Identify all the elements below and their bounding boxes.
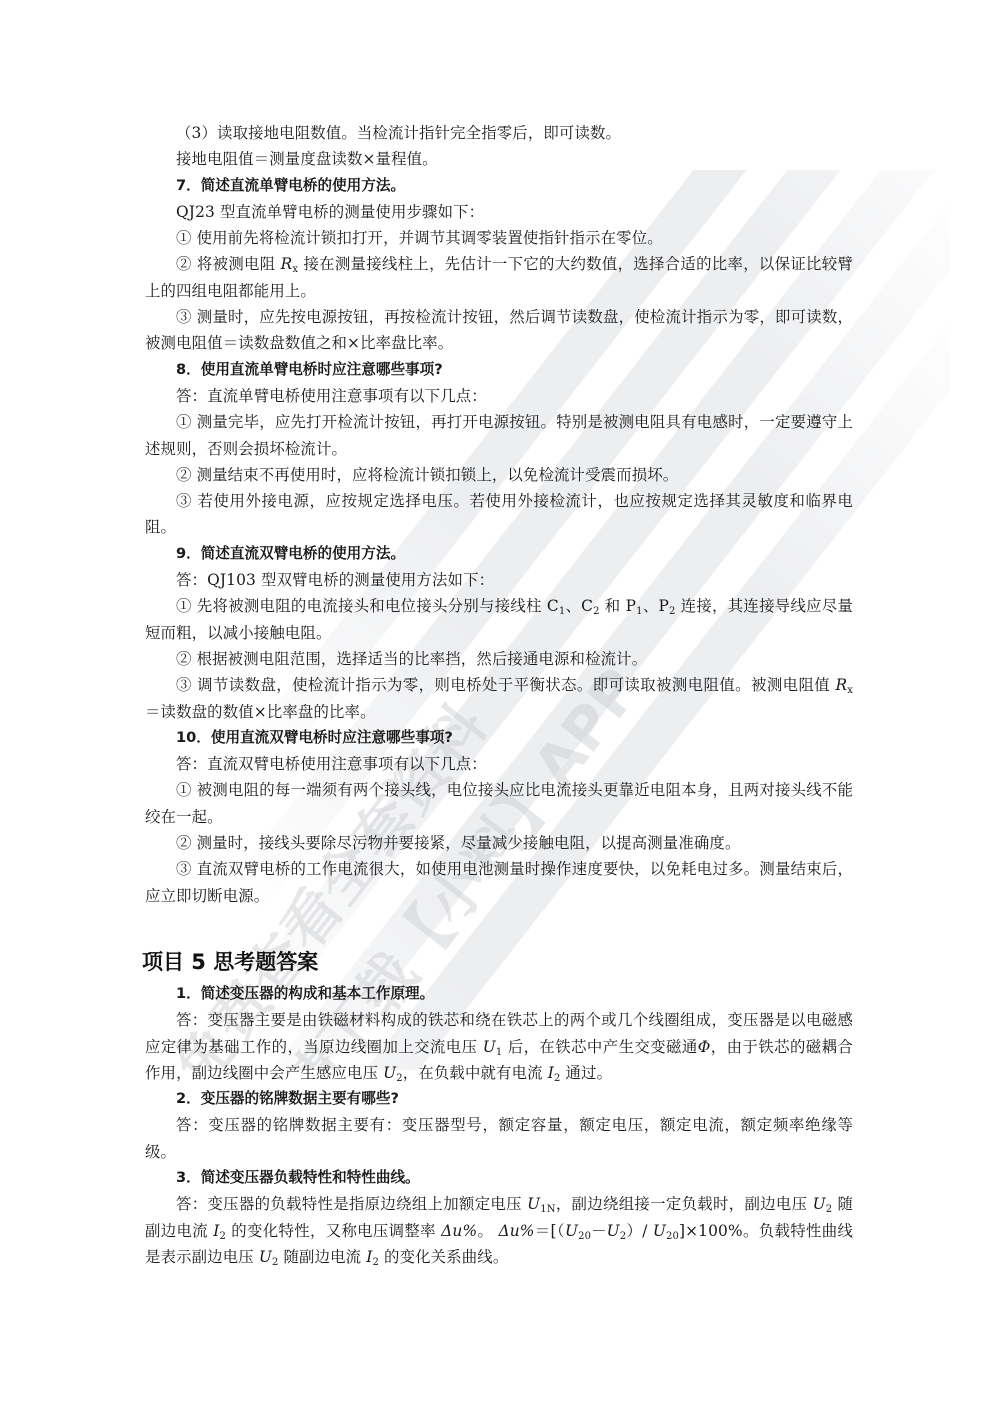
q10-intro: 答：直流双臂电桥使用注意事项有以下几点： <box>145 751 853 777</box>
q9-item-3-b: ＝读数盘的数值×比率盘的比率。 <box>145 703 376 721</box>
subscript: 1N <box>540 1204 555 1215</box>
question-10-title: 10．使用直流双臂电桥时应注意哪些事项? <box>145 725 853 751</box>
text: ]×100%。 <box>679 1222 759 1240</box>
s5-q1-answer: 答：变压器主要是由铁磁材料构成的铁芯和绕在铁芯上的两个或几个线圈组成，变压器是以… <box>145 1007 853 1086</box>
text: 的变化关系曲线。 <box>379 1248 508 1266</box>
question-7-title: 7．简述直流单臂电桥的使用方法。 <box>145 173 853 199</box>
q9-item-1-c: 和 P <box>600 597 637 615</box>
text: 通过。 <box>560 1064 612 1082</box>
var-u: U <box>607 1222 620 1240</box>
text: 答：变压器的负载特性是指原边绕组上加额定电压 <box>176 1195 527 1213</box>
document-page: （3）读取接地电阻数值。当检流计指针完全指零后，即可读数。 接地电阻值＝测量度盘… <box>145 120 853 1270</box>
var-u: U <box>565 1222 578 1240</box>
text: － <box>591 1222 607 1240</box>
q7-item-3: ③ 测量时，应先按电源按钮，再按检流计按钮，然后调节读数盘，使检流计指示为零，即… <box>145 304 853 357</box>
delta-u: Δu% <box>498 1222 534 1240</box>
q7-item-2: ② 将被测电阻 Rx 接在测量接线柱上，先估计一下它的大约数值，选择合适的比率，… <box>145 251 853 304</box>
text: 随副边电流 <box>278 1248 366 1266</box>
s5-q3-answer: 答：变压器的负载特性是指原边绕组上加额定电压 U1N，副边绕组接一定负载时，副边… <box>145 1191 853 1270</box>
delta-u: Δu% <box>441 1222 477 1240</box>
subscript-x: x <box>847 685 853 696</box>
q8-item-1: ① 测量完毕，应先打开检流计按钮，再打开电源按钮。特别是被测电阻具有电感时，一定… <box>145 409 853 462</box>
q7-intro: QJ23 型直流单臂电桥的测量使用步骤如下： <box>145 199 853 225</box>
subscript: 20 <box>666 1231 679 1242</box>
question-9-title: 9．简述直流双臂电桥的使用方法。 <box>145 541 853 567</box>
q8-item-3: ③ 若使用外接电源，应按规定选择电压。若使用外接检流计，也应按规定选择其灵敏度和… <box>145 488 853 541</box>
section-5-title: 项目 5 思考题答案 <box>142 947 853 977</box>
q9-item-1-a: ① 先将被测电阻的电流接头和电位接头分别与接线柱 C <box>176 597 559 615</box>
text: ，在负载中就有电流 <box>403 1064 548 1082</box>
q9-intro: 答：QJ103 型双臂电桥的测量使用方法如下： <box>145 567 853 593</box>
q8-item-2: ② 测量结束不再使用时，应将检流计锁扣锁上，以免检流计受震而损坏。 <box>145 462 853 488</box>
step-3-text: （3）读取接地电阻数值。当检流计指针完全指零后，即可读数。 <box>145 120 853 146</box>
text: ，副边绕组接一定负载时，副边电压 <box>556 1195 813 1213</box>
s5-q2-answer: 答：变压器的铭牌数据主要有：变压器型号，额定容量，额定电压，额定电流，额定频率绝… <box>145 1112 853 1165</box>
var-u: U <box>527 1195 540 1213</box>
subscript: 20 <box>578 1231 591 1242</box>
q9-item-3: ③ 调节读数盘，使检流计指示为零，则电桥处于平衡状态。即可读取被测电阻值。被测电… <box>145 672 853 725</box>
subscript-x: x <box>292 264 298 275</box>
q9-item-1-b: 、C <box>565 597 593 615</box>
q7-item-1: ① 使用前先将检流计锁扣打开，并调节其调零装置使指针指示在零位。 <box>145 225 853 251</box>
text: ＝[（ <box>535 1222 565 1240</box>
question-8-title: 8．使用直流单臂电桥时应注意哪些事项? <box>145 357 853 383</box>
var-u: U <box>813 1195 826 1213</box>
formula-text: 接地电阻值＝测量度盘读数×量程值。 <box>145 146 853 172</box>
var-u: U <box>383 1064 396 1082</box>
text: ）/ <box>626 1222 653 1240</box>
var-r: R <box>835 676 847 694</box>
q10-item-3: ③ 直流双臂电桥的工作电流很大，如使用电池测量时操作速度要快，以免耗电过多。测量… <box>145 856 853 909</box>
q8-intro: 答：直流单臂电桥使用注意事项有以下几点： <box>145 383 853 409</box>
text: 后，在铁芯中产生交变磁通 <box>502 1038 697 1056</box>
s5-question-1-title: 1．简述变压器的构成和基本工作原理。 <box>145 981 853 1007</box>
q9-item-2: ② 根据被测电阻范围，选择适当的比率挡，然后接通电源和检流计。 <box>145 646 853 672</box>
s5-question-2-title: 2．变压器的铭牌数据主要有哪些? <box>145 1086 853 1112</box>
text: 。 <box>477 1222 498 1240</box>
var-u: U <box>483 1038 496 1056</box>
var-r: R <box>281 255 293 273</box>
q7-item-2-lead: ② 将被测电阻 <box>176 255 275 273</box>
var-u: U <box>653 1222 666 1240</box>
var-u: U <box>259 1248 272 1266</box>
q9-item-1-d: 、P <box>643 597 669 615</box>
q9-item-1: ① 先将被测电阻的电流接头和电位接头分别与接线柱 C1、C2 和 P1、P2 连… <box>145 593 853 646</box>
text: 的变化特性，又称电压调整率 <box>226 1222 441 1240</box>
q10-item-1: ① 被测电阻的每一端须有两个接头线，电位接头应比电流接头更靠近电阻本身，且两对接… <box>145 777 853 830</box>
s5-question-3-title: 3．简述变压器负载特性和特性曲线。 <box>145 1165 853 1191</box>
var-phi: Φ <box>698 1038 711 1056</box>
q10-item-2: ② 测量时，接线头要除尽污物并要接紧，尽量减少接触电阻，以提高测量准确度。 <box>145 830 853 856</box>
q9-item-3-a: ③ 调节读数盘，使检流计指示为零，则电桥处于平衡状态。即可读取被测电阻值。被测电… <box>176 676 835 694</box>
